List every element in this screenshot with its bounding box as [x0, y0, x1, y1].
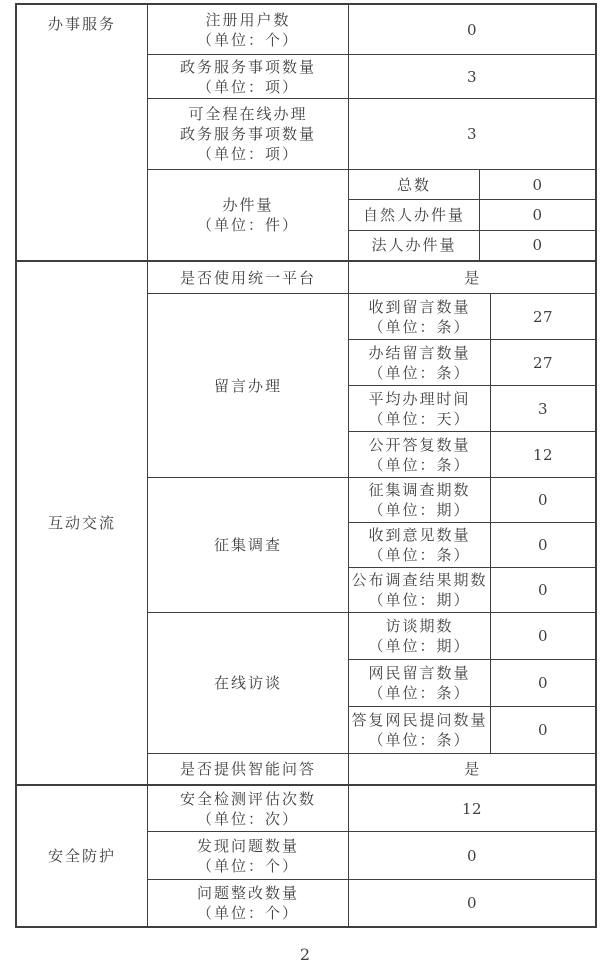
row-label: 问题整改数量 （单位：个）: [148, 880, 349, 926]
table-subrow: 办结留言数量 （单位：条） 27: [349, 339, 595, 385]
row-label: 政务服务事项数量 （单位：项）: [148, 55, 349, 98]
section-service-handling: 办事服务 注册用户数 （单位：个） 0 政务服务事项数量 （单位：项） 3 可全…: [17, 5, 595, 260]
row-label: 是否提供智能问答: [148, 754, 349, 784]
table-subrow: 平均办理时间 （单位：天） 3: [349, 385, 595, 431]
report-table: 办事服务 注册用户数 （单位：个） 0 政务服务事项数量 （单位：项） 3 可全…: [15, 3, 597, 928]
group-label: 征集调查: [148, 478, 349, 612]
table-row: 注册用户数 （单位：个） 0: [148, 5, 595, 54]
table-subrow: 法人办件量 0: [349, 230, 595, 260]
category-cell-service: 办事服务: [17, 5, 148, 260]
group-label: 办件量 （单位：件）: [148, 170, 349, 260]
row-value: 0: [349, 880, 595, 926]
row-value: 3: [349, 55, 595, 98]
subrow-label: 总数: [349, 170, 480, 199]
table-subrow: 公开答复数量 （单位：条） 12: [349, 431, 595, 477]
category-cell-security: 安全防护: [17, 786, 148, 926]
subrow-value: 0: [491, 568, 595, 612]
table-subrow: 征集调查期数 （单位：期） 0: [349, 478, 595, 522]
subrow-label: 收到意见数量 （单位：条）: [349, 523, 491, 567]
row-value: 3: [349, 99, 595, 169]
subrow-label: 答复网民提问数量 （单位：条）: [349, 707, 491, 753]
page-number: 2: [0, 945, 610, 965]
row-label: 是否使用统一平台: [148, 262, 349, 293]
table-row: 发现问题数量 （单位：个） 0: [148, 831, 595, 879]
row-value: 0: [349, 832, 595, 879]
subrow-value: 12: [491, 432, 595, 477]
table-subrow: 公布调查结果期数 （单位：期） 0: [349, 567, 595, 612]
subrow-label: 办结留言数量 （单位：条）: [349, 340, 491, 385]
table-subrow: 收到留言数量 （单位：条） 27: [349, 294, 595, 339]
table-row-group-caseload: 办件量 （单位：件） 总数 0 自然人办件量 0 法人办件量 0: [148, 169, 595, 260]
section-security: 安全防护 安全检测评估次数 （单位：次） 12 发现问题数量 （单位：个） 0 …: [17, 784, 595, 926]
document-page: { "page_number": "2", "colors": { "borde…: [0, 0, 610, 976]
subrow-label: 平均办理时间 （单位：天）: [349, 386, 491, 431]
row-label: 注册用户数 （单位：个）: [148, 5, 349, 54]
table-row: 安全检测评估次数 （单位：次） 12: [148, 786, 595, 831]
subrow-label: 自然人办件量: [349, 200, 480, 229]
row-label: 可全程在线办理 政务服务事项数量 （单位：项）: [148, 99, 349, 169]
row-value: 是: [349, 754, 595, 784]
table-row-group-surveys: 征集调查 征集调查期数 （单位：期） 0 收到意见数量 （单位：条） 0 公布调…: [148, 477, 595, 612]
table-row: 是否使用统一平台 是: [148, 262, 595, 293]
table-row: 政务服务事项数量 （单位：项） 3: [148, 54, 595, 98]
row-label: 安全检测评估次数 （单位：次）: [148, 786, 349, 831]
subrow-value: 27: [491, 294, 595, 339]
table-subrow: 收到意见数量 （单位：条） 0: [349, 522, 595, 567]
row-label: 发现问题数量 （单位：个）: [148, 832, 349, 879]
subrow-label: 法人办件量: [349, 231, 480, 260]
subrow-value: 3: [491, 386, 595, 431]
subrow-value: 0: [491, 523, 595, 567]
subrow-value: 27: [491, 340, 595, 385]
table-row-group-interviews: 在线访谈 访谈期数 （单位：期） 0 网民留言数量 （单位：条） 0 答复网民提…: [148, 612, 595, 753]
table-subrow: 总数 0: [349, 170, 595, 199]
table-subrow: 答复网民提问数量 （单位：条） 0: [349, 706, 595, 753]
row-value: 是: [349, 262, 595, 293]
table-subrow: 访谈期数 （单位：期） 0: [349, 613, 595, 659]
subrow-value: 0: [491, 613, 595, 659]
table-subrow: 网民留言数量 （单位：条） 0: [349, 659, 595, 706]
category-cell-interaction: 互动交流: [17, 262, 148, 784]
table-row: 可全程在线办理 政务服务事项数量 （单位：项） 3: [148, 98, 595, 169]
subrow-label: 征集调查期数 （单位：期）: [349, 478, 491, 522]
subrow-value: 0: [480, 200, 595, 229]
table-row: 问题整改数量 （单位：个） 0: [148, 879, 595, 926]
subrow-value: 0: [480, 231, 595, 260]
table-subrow: 自然人办件量 0: [349, 199, 595, 229]
row-value: 0: [349, 5, 595, 54]
subrow-value: 0: [491, 660, 595, 706]
section-interaction: 互动交流 是否使用统一平台 是 留言办理 收到留言数量 （单位：条） 27 办结…: [17, 260, 595, 784]
table-row-group-messages: 留言办理 收到留言数量 （单位：条） 27 办结留言数量 （单位：条） 27 平…: [148, 293, 595, 477]
subrow-value: 0: [480, 170, 595, 199]
subrow-label: 公开答复数量 （单位：条）: [349, 432, 491, 477]
table-row: 是否提供智能问答 是: [148, 753, 595, 784]
subrow-label: 网民留言数量 （单位：条）: [349, 660, 491, 706]
row-value: 12: [349, 786, 595, 831]
subrow-value: 0: [491, 478, 595, 522]
subrow-label: 公布调查结果期数 （单位：期）: [349, 568, 491, 612]
group-label: 留言办理: [148, 294, 349, 477]
subrow-label: 访谈期数 （单位：期）: [349, 613, 491, 659]
subrow-value: 0: [491, 707, 595, 753]
subrow-label: 收到留言数量 （单位：条）: [349, 294, 491, 339]
group-label: 在线访谈: [148, 613, 349, 753]
